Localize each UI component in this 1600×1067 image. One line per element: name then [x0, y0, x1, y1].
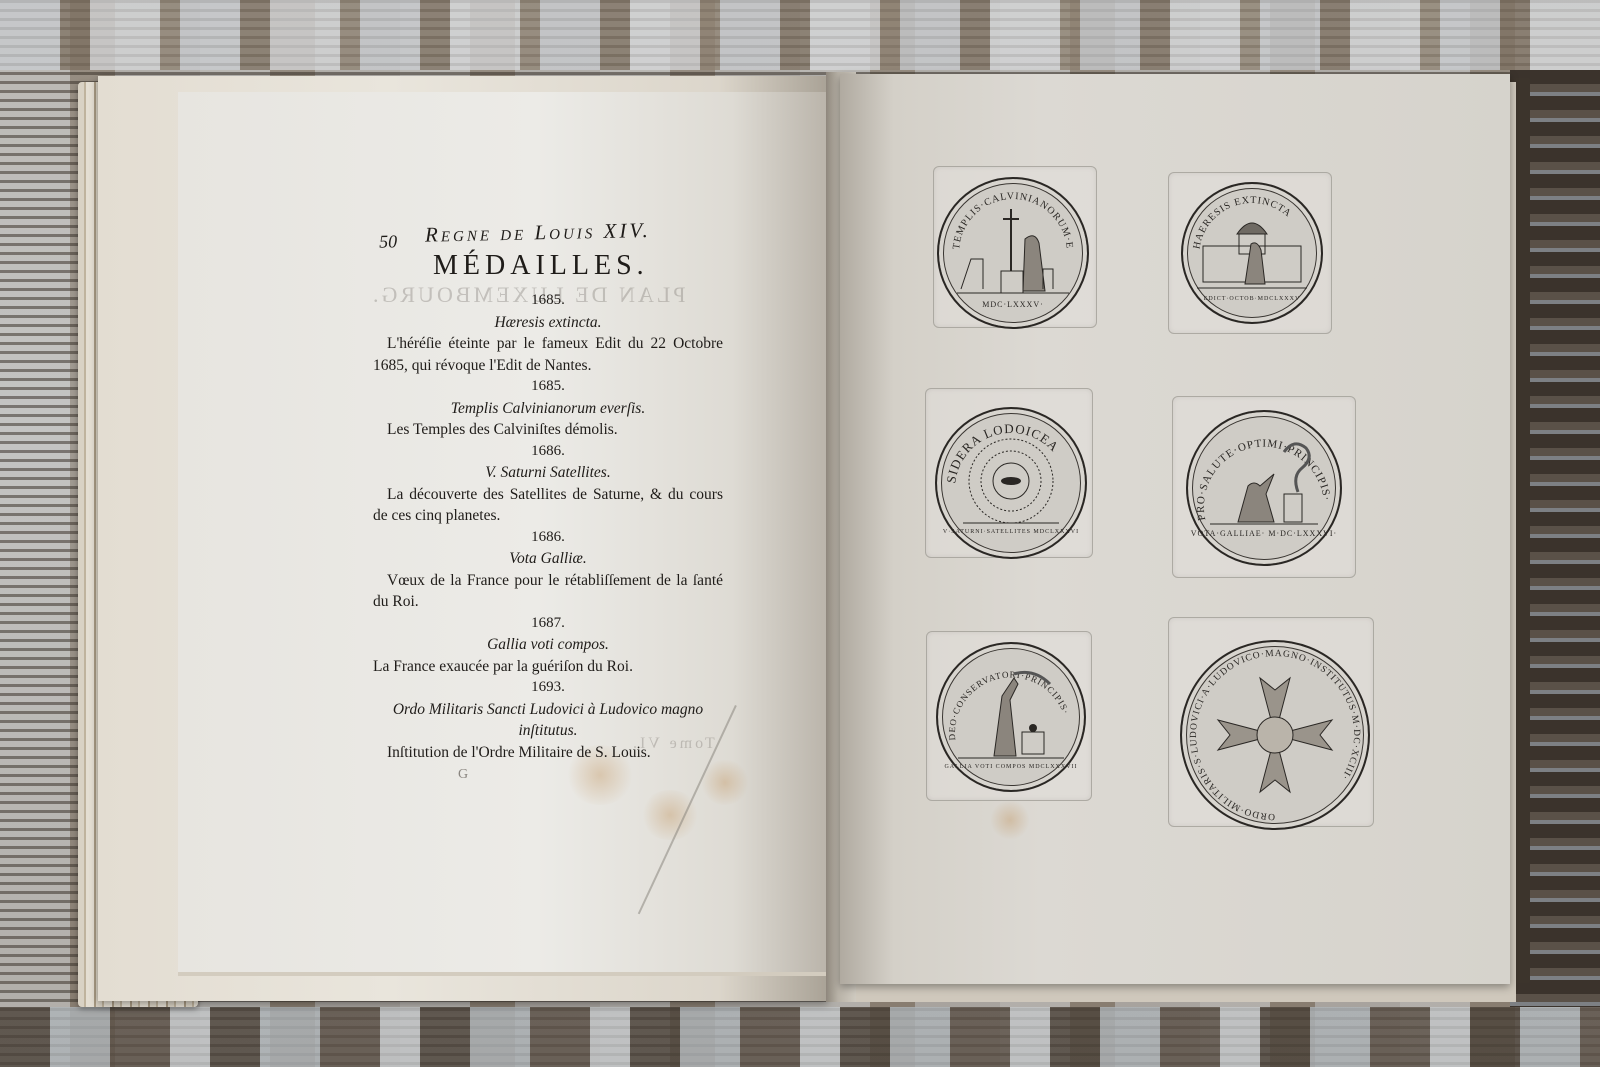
medal-entries: 1685. Hæresis extincta. L'héréſie éteint…: [373, 290, 723, 763]
entry: 1686. Vota Galliæ. Vœux de la France pou…: [373, 527, 723, 613]
section-title: MÉDAILLES.: [433, 250, 649, 282]
entry: 1687. Gallia voti compos. La France exau…: [373, 613, 723, 678]
entry-latin: Hæresis extincta.: [373, 312, 723, 334]
entry: 1686. V. Saturni Satellites. La découver…: [373, 441, 723, 527]
entry-year: 1686.: [373, 527, 723, 549]
entry-latin: Gallia voti compos.: [373, 634, 723, 656]
entry: 1685. Templis Calvinianorum everſis. Les…: [373, 376, 723, 441]
medal-ordo-militaris: ORDO·MILITARIS·S·LUDOVICI·A·LUDOVICO·MAG…: [1180, 640, 1370, 830]
entry-year: 1693.: [373, 677, 723, 699]
medal-engraving-icon: DEO·CONSERVATORI·PRINCIPIS· GALLIA VOTI …: [938, 644, 1084, 790]
entry: 1685. Hæresis extincta. L'héréſie éteint…: [373, 290, 723, 376]
medal-haeresis-extincta: HAERESIS EXTINCTA EDICT·OCTOB·MDCLXXXV: [1181, 182, 1323, 324]
medal-engraving-icon: HAERESIS EXTINCTA EDICT·OCTOB·MDCLXXXV: [1183, 184, 1321, 322]
medal-engraving-icon: SIDERA LODOICEA V·SATURNI·SATELLITES MDC…: [937, 409, 1085, 557]
entry: 1693. Ordo Militaris Sancti Ludovici à L…: [373, 677, 723, 763]
entry-latin: Vota Galliæ.: [373, 548, 723, 570]
running-head-title: Regne de Louis XIV.: [425, 218, 651, 248]
entry-french: L'héréſie éteinte par le fameux Edit du …: [373, 333, 723, 376]
medal-pro-salute: PRO·SALUTE·OPTIMI·PRINCIPIS· VOTA·GALLIA…: [1186, 410, 1342, 566]
svg-text:VOTA·GALLIAE· M·DC·LXXXVI·: VOTA·GALLIAE· M·DC·LXXXVI·: [1191, 529, 1337, 538]
medal-engraving-icon: TEMPLIS·CALVINIANORUM·EVERSIS· MDC·LXXXV…: [939, 179, 1087, 327]
entry-year: 1687.: [373, 613, 723, 635]
cross-of-saint-louis-icon: [1218, 678, 1332, 792]
entry-latin: Templis Calvinianorum everſis.: [373, 398, 723, 420]
wooden-table-bottom: [0, 1007, 1600, 1067]
entry-year: 1686.: [373, 441, 723, 463]
svg-text:EDICT·OCTOB·MDCLXXXV: EDICT·OCTOB·MDCLXXXV: [1204, 296, 1301, 302]
entry-french: Vœux de la France pour le rétabliſſement…: [373, 570, 723, 613]
entry-french: La France exaucée par la guériſon du Roi…: [373, 656, 723, 678]
svg-text:GALLIA VOTI COMPOS MDCLXXXVII: GALLIA VOTI COMPOS MDCLXXXVII: [944, 764, 1077, 770]
entry-latin: Ordo Militaris Sancti Ludovici à Ludovic…: [373, 699, 723, 742]
medal-engraving-icon: PRO·SALUTE·OPTIMI·PRINCIPIS· VOTA·GALLIA…: [1188, 412, 1340, 564]
svg-text:TEMPLIS·CALVINIANORUM·EVERSIS·: TEMPLIS·CALVINIANORUM·EVERSIS·: [939, 179, 1075, 250]
svg-text:HAERESIS EXTINCTA: HAERESIS EXTINCTA: [1191, 195, 1293, 250]
entry-latin: V. Saturni Satellites.: [373, 462, 723, 484]
entry-year: 1685.: [373, 290, 723, 312]
entry-year: 1685.: [373, 376, 723, 398]
svg-text:MDC·LXXXV·: MDC·LXXXV·: [982, 300, 1044, 309]
signature-mark: G: [458, 767, 468, 783]
entry-french: La découverte des Satellites de Saturne,…: [373, 484, 723, 527]
wooden-table-top: [0, 0, 1600, 70]
medal-templis-calvinianorum: TEMPLIS·CALVINIANORUM·EVERSIS· MDC·LXXXV…: [937, 177, 1089, 329]
entry-french: Inſtitution de l'Ordre Militaire de S. L…: [373, 742, 723, 764]
medal-sidera-lodoicea: SIDERA LODOICEA V·SATURNI·SATELLITES MDC…: [935, 407, 1087, 559]
foxing-stain: [990, 800, 1030, 840]
page-number: 50: [379, 231, 397, 252]
medal-engraving-icon: ORDO·MILITARIS·S·LUDOVICI·A·LUDOVICO·MAG…: [1182, 642, 1368, 828]
entry-french: Les Temples des Calviniſtes démolis.: [373, 419, 723, 441]
svg-text:V·SATURNI·SATELLITES MDCLXXXVI: V·SATURNI·SATELLITES MDCLXXXVI: [943, 529, 1079, 535]
medal-deo-conservatori: DEO·CONSERVATORI·PRINCIPIS· GALLIA VOTI …: [936, 642, 1086, 792]
